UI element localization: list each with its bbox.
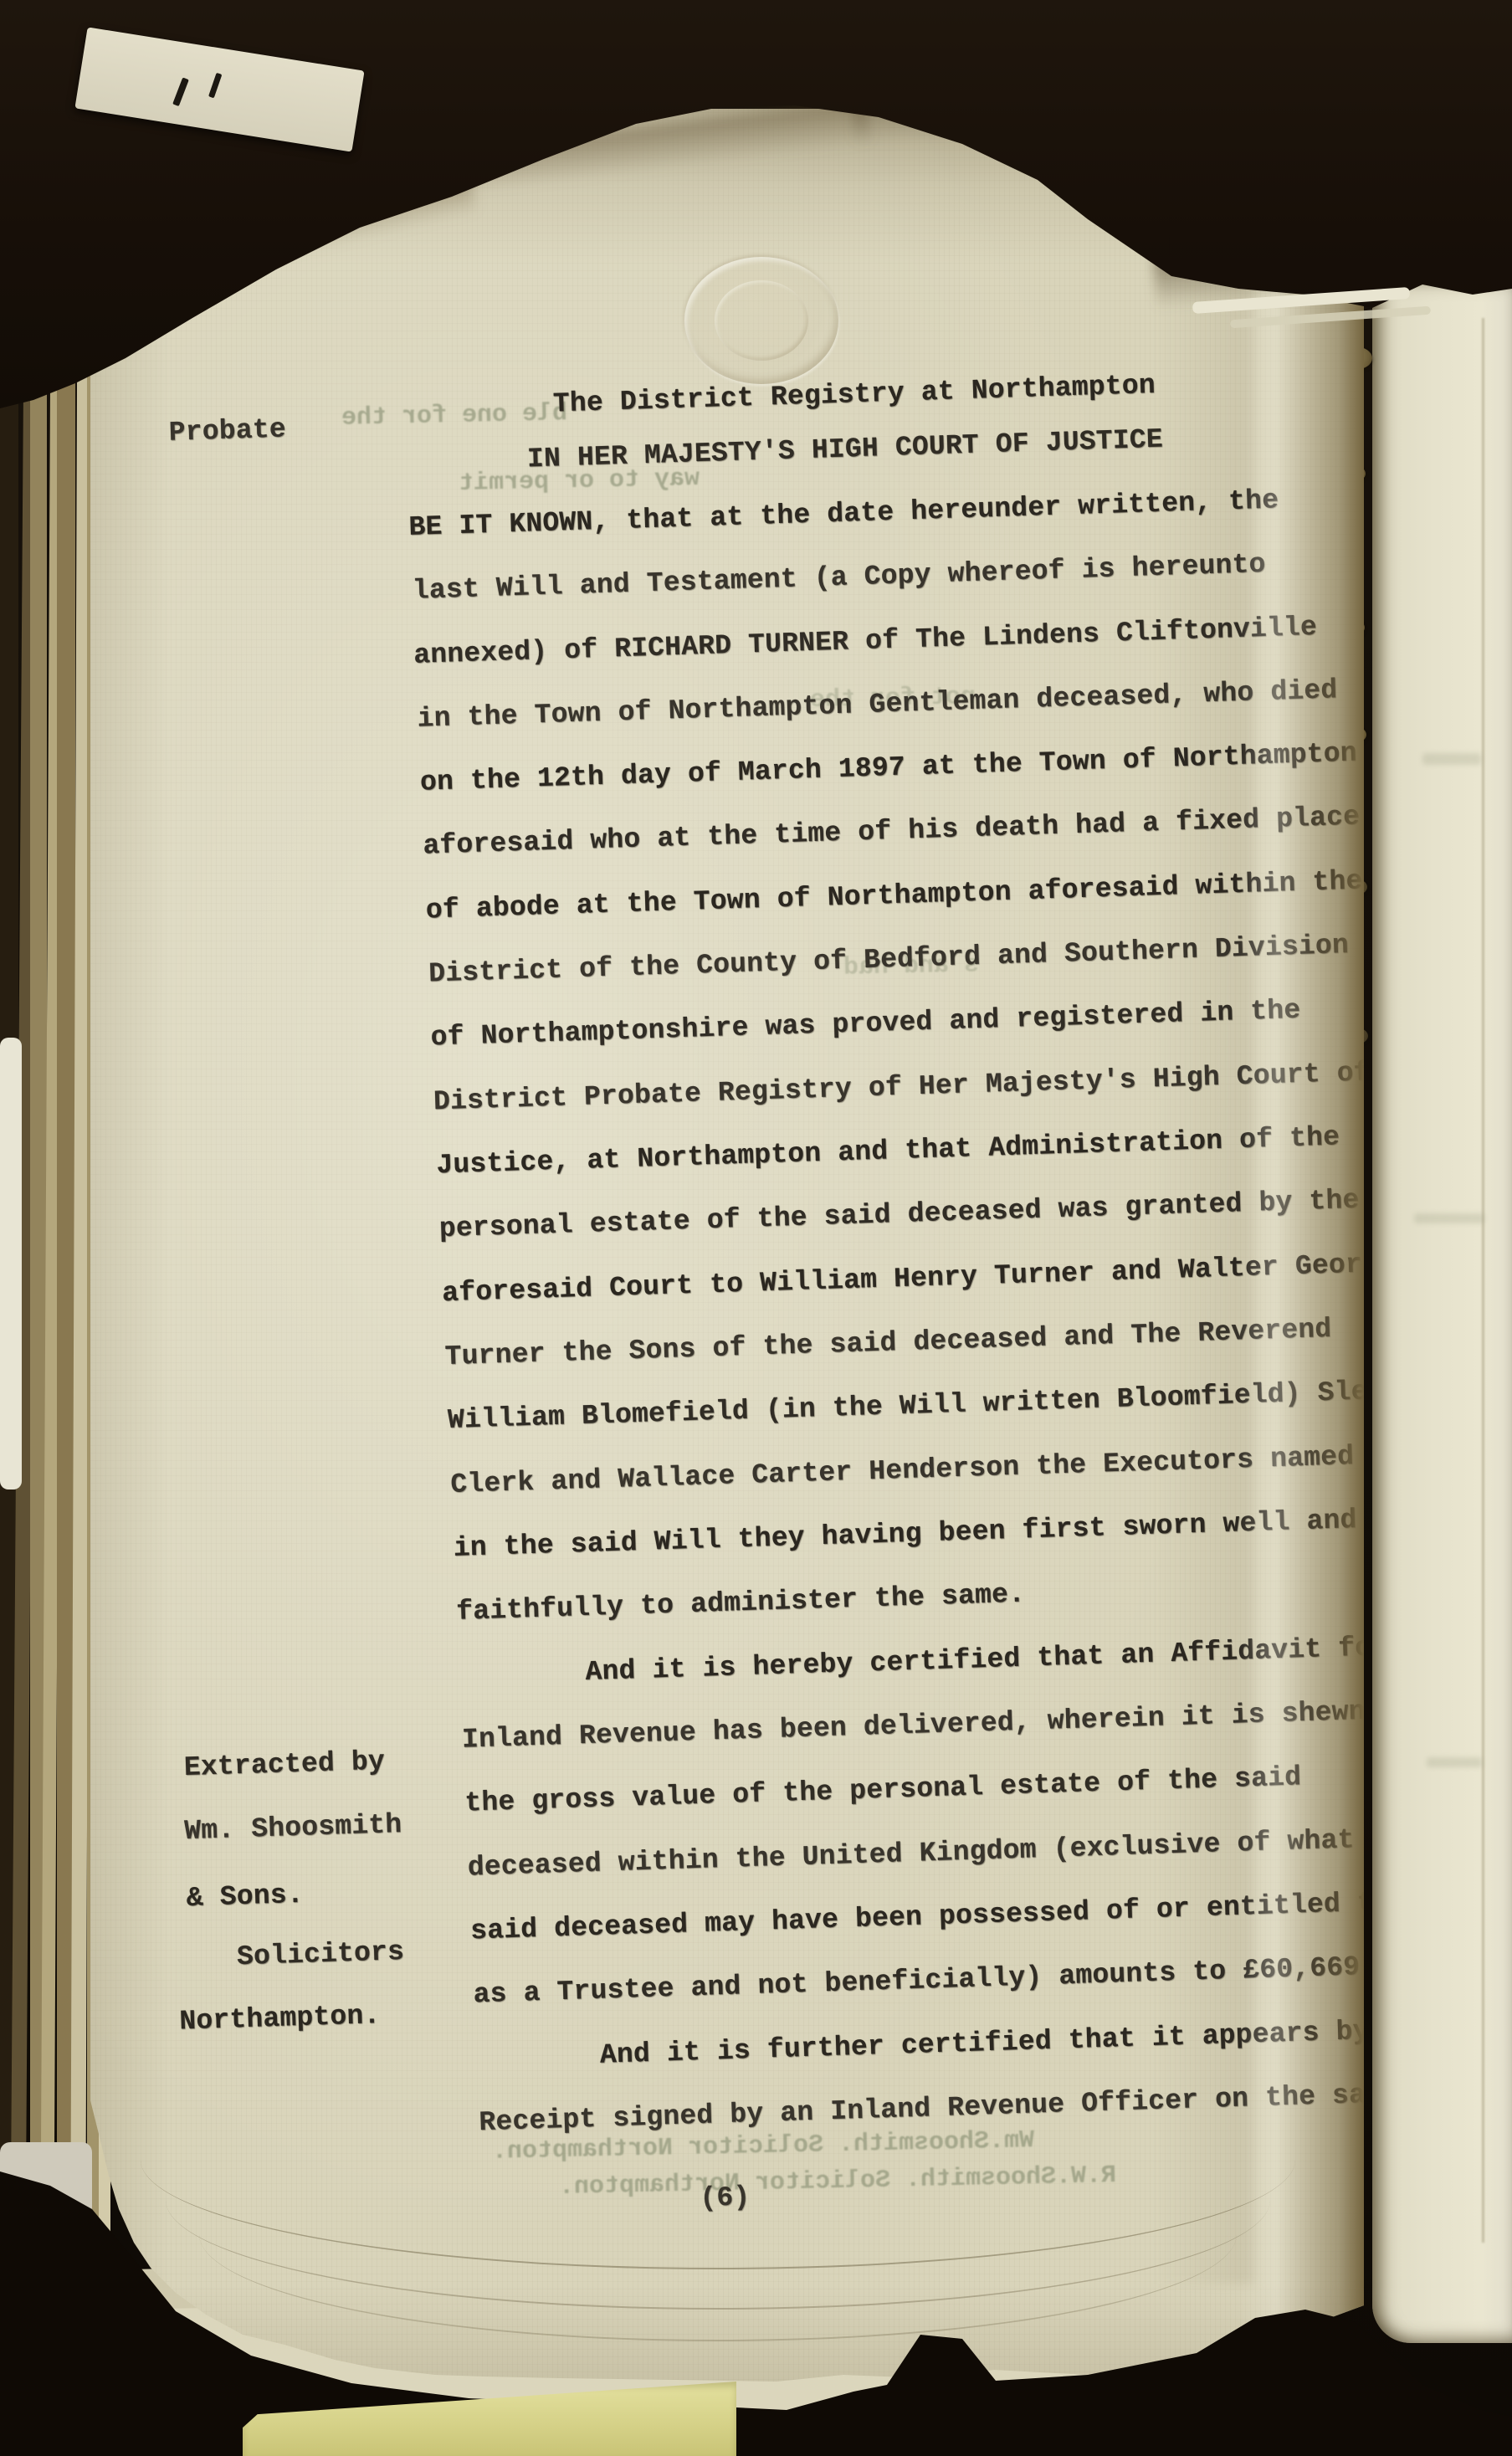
- bleed-smudge: [1422, 753, 1481, 765]
- book-photo-stage: ble one for the way to or permit not for…: [0, 0, 1512, 2456]
- embossed-seal: [684, 257, 838, 384]
- bleed-smudge: [1414, 1213, 1484, 1223]
- typed-line: faithfully to administer the same.: [456, 1578, 1026, 1628]
- bleed-smudge: [1427, 1757, 1482, 1767]
- margin-note-and-sons: & Sons.: [186, 1879, 304, 1915]
- ink-mark: [208, 73, 222, 99]
- margin-note-shoosmith: Wm. Shoosmith: [184, 1809, 402, 1848]
- page-crease-line: [199, 2127, 1237, 2341]
- margin-label-probate: Probate: [168, 414, 286, 449]
- registry-heading: The District Registry at Northampton: [552, 370, 1156, 421]
- margin-note-solicitors: Solicitors: [237, 1936, 405, 1973]
- typed-line: last Will and Testament (a Copy whereof …: [412, 549, 1266, 608]
- protruding-page-sliver: [0, 1038, 22, 1489]
- typed-text-block: Probate The District Registry at Northam…: [408, 512, 417, 520]
- next-page-edge: [1372, 276, 1512, 2343]
- ink-mark: [172, 77, 189, 106]
- gutter-fold-shadow: [1238, 109, 1364, 2410]
- document-page: ble one for the way to or permit not for…: [90, 109, 1364, 2410]
- margin-note-northampton: Northampton.: [179, 2000, 381, 2038]
- margin-note-extracted-by: Extracted by: [183, 1746, 385, 1784]
- seal-crest: [715, 280, 808, 361]
- court-heading: IN HER MAJESTY'S HIGH COURT OF JUSTICE: [527, 424, 1164, 476]
- next-page-crease: [1482, 318, 1484, 2243]
- bleed-through-text: ble one for the: [341, 401, 568, 431]
